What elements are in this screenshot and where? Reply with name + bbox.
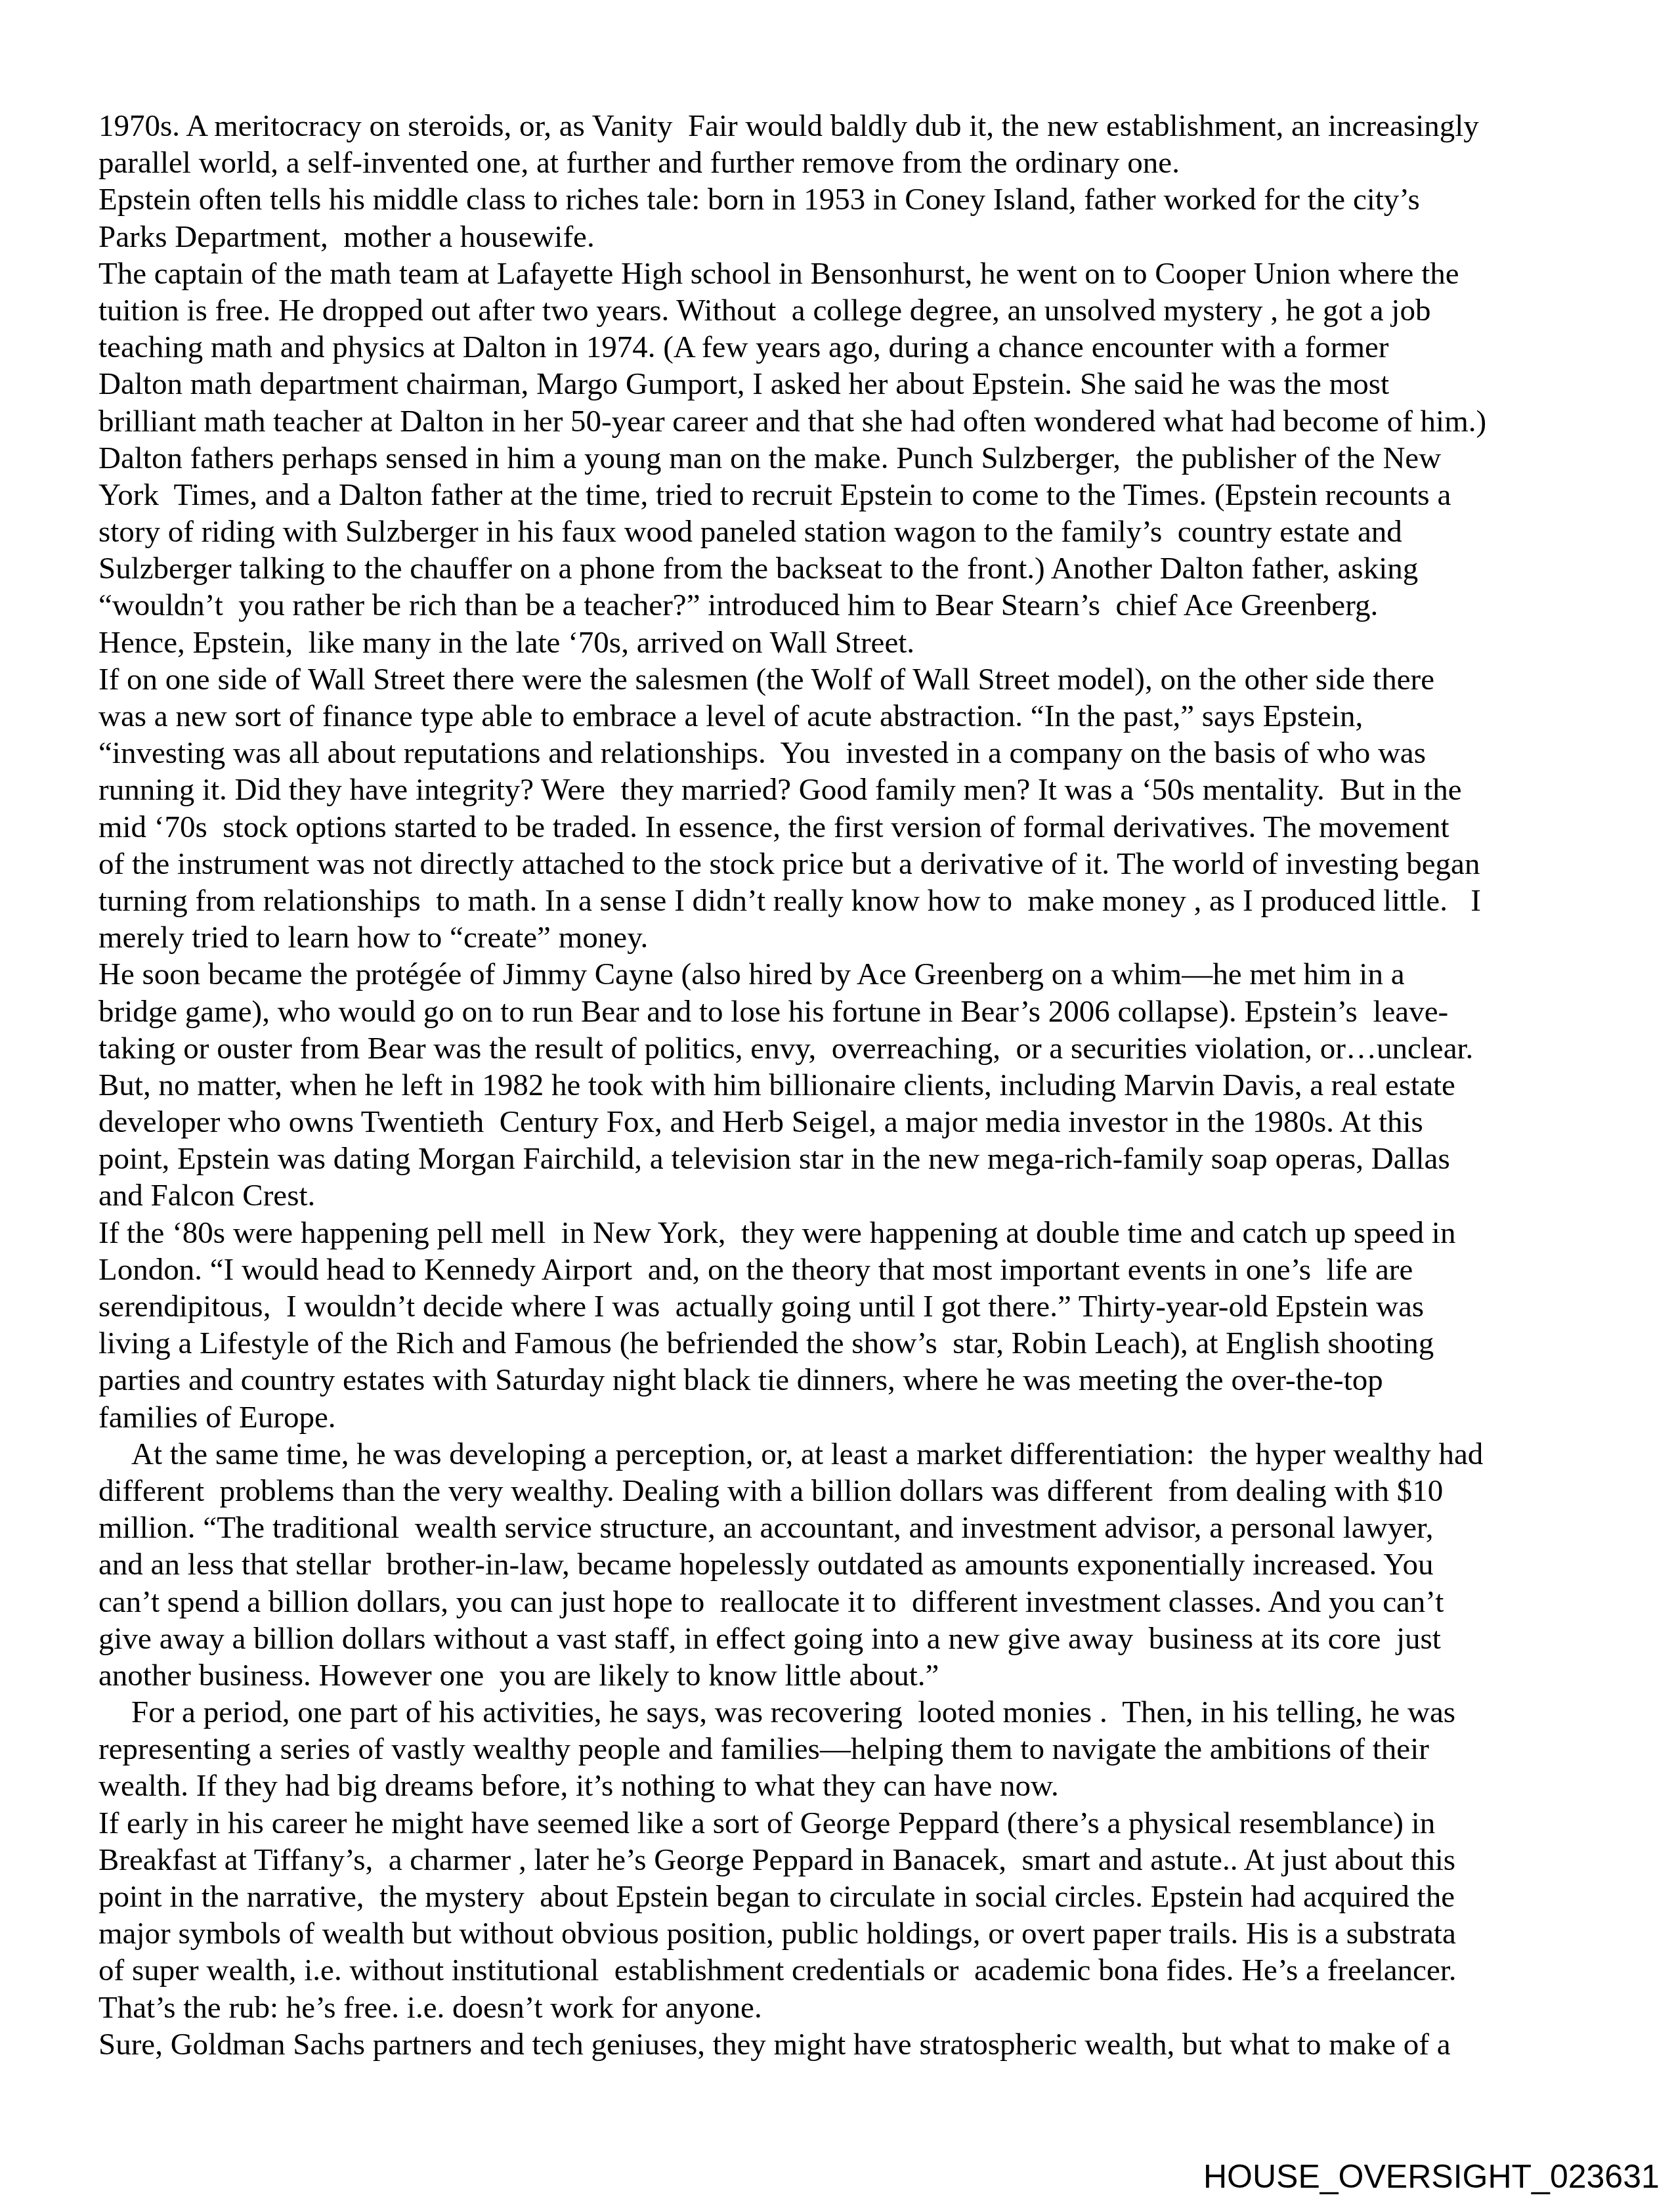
text-line: mid ‘70s stock options started to be tra… [98,809,1608,846]
text-line: Sulzberger talking to the chauffer on a … [98,550,1608,587]
text-line: merely tried to learn how to “create” mo… [98,919,1608,956]
text-line: If on one side of Wall Street there were… [98,661,1608,698]
text-line: brilliant math teacher at Dalton in her … [98,403,1608,440]
bates-number-footer: HOUSE_OVERSIGHT_023631 [1203,2154,1660,2200]
text-line: parallel world, a self-invented one, at … [98,144,1608,181]
text-line-indented: For a period, one part of his activities… [98,1694,1608,1731]
text-line: Epstein often tells his middle class to … [98,181,1608,218]
text-line: teaching math and physics at Dalton in 1… [98,329,1608,366]
text-line: point, Epstein was dating Morgan Fairchi… [98,1140,1608,1177]
text-line: developer who owns Twentieth Century Fox… [98,1104,1608,1140]
text-line: He soon became the protégée of Jimmy Cay… [98,956,1608,993]
text-line: Parks Department, mother a housewife. [98,219,1608,255]
text-line: another business. However one you are li… [98,1657,1608,1694]
text-line: London. “I would head to Kennedy Airport… [98,1251,1608,1288]
text-line: Sure, Goldman Sachs partners and tech ge… [98,2026,1608,2063]
text-line: point in the narrative, the mystery abou… [98,1878,1608,1915]
text-line: parties and country estates with Saturda… [98,1362,1608,1399]
text-line: turning from relationships to math. In a… [98,882,1608,919]
text-line: give away a billion dollars without a va… [98,1620,1608,1657]
text-line: “wouldn’t you rather be rich than be a t… [98,587,1608,624]
document-body: 1970s. A meritocracy on steroids, or, as… [98,108,1608,2063]
text-line-indented: At the same time, he was developing a pe… [98,1436,1608,1473]
text-line: representing a series of vastly wealthy … [98,1731,1608,1767]
text-line: running it. Did they have integrity? Wer… [98,771,1608,808]
text-line: York Times, and a Dalton father at the t… [98,477,1608,513]
text-line: wealth. If they had big dreams before, i… [98,1767,1608,1804]
text-line: Hence, Epstein, like many in the late ‘7… [98,624,1608,661]
text-line: was a new sort of finance type able to e… [98,698,1608,735]
text-line: Dalton math department chairman, Margo G… [98,366,1608,402]
text-line: and Falcon Crest. [98,1177,1608,1214]
text-line: Breakfast at Tiffany’s, a charmer , late… [98,1842,1608,1878]
text-line: of super wealth, i.e. without institutio… [98,1952,1608,1989]
text-line: That’s the rub: he’s free. i.e. doesn’t … [98,1989,1608,2026]
text-line: 1970s. A meritocracy on steroids, or, as… [98,108,1608,144]
text-line: tuition is free. He dropped out after tw… [98,292,1608,329]
text-line: living a Lifestyle of the Rich and Famou… [98,1325,1608,1362]
text-line: story of riding with Sulzberger in his f… [98,513,1608,550]
text-line: families of Europe. [98,1399,1608,1436]
text-line: of the instrument was not directly attac… [98,846,1608,882]
text-line: major symbols of wealth but without obvi… [98,1915,1608,1952]
text-line: can’t spend a billion dollars, you can j… [98,1584,1608,1620]
text-line: taking or ouster from Bear was the resul… [98,1030,1608,1067]
text-line: serendipitous, I wouldn’t decide where I… [98,1288,1608,1325]
text-line: bridge game), who would go on to run Bea… [98,993,1608,1030]
text-line: If the ‘80s were happening pell mell in … [98,1215,1608,1251]
text-line: and an less that stellar brother-in-law,… [98,1546,1608,1583]
text-line: Dalton fathers perhaps sensed in him a y… [98,440,1608,477]
text-line: “investing was all about reputations and… [98,735,1608,771]
text-line: The captain of the math team at Lafayett… [98,255,1608,292]
text-line: But, no matter, when he left in 1982 he … [98,1067,1608,1104]
text-line: If early in his career he might have see… [98,1805,1608,1842]
text-line: different problems than the very wealthy… [98,1473,1608,1509]
text-line: million. “The traditional wealth service… [98,1509,1608,1546]
